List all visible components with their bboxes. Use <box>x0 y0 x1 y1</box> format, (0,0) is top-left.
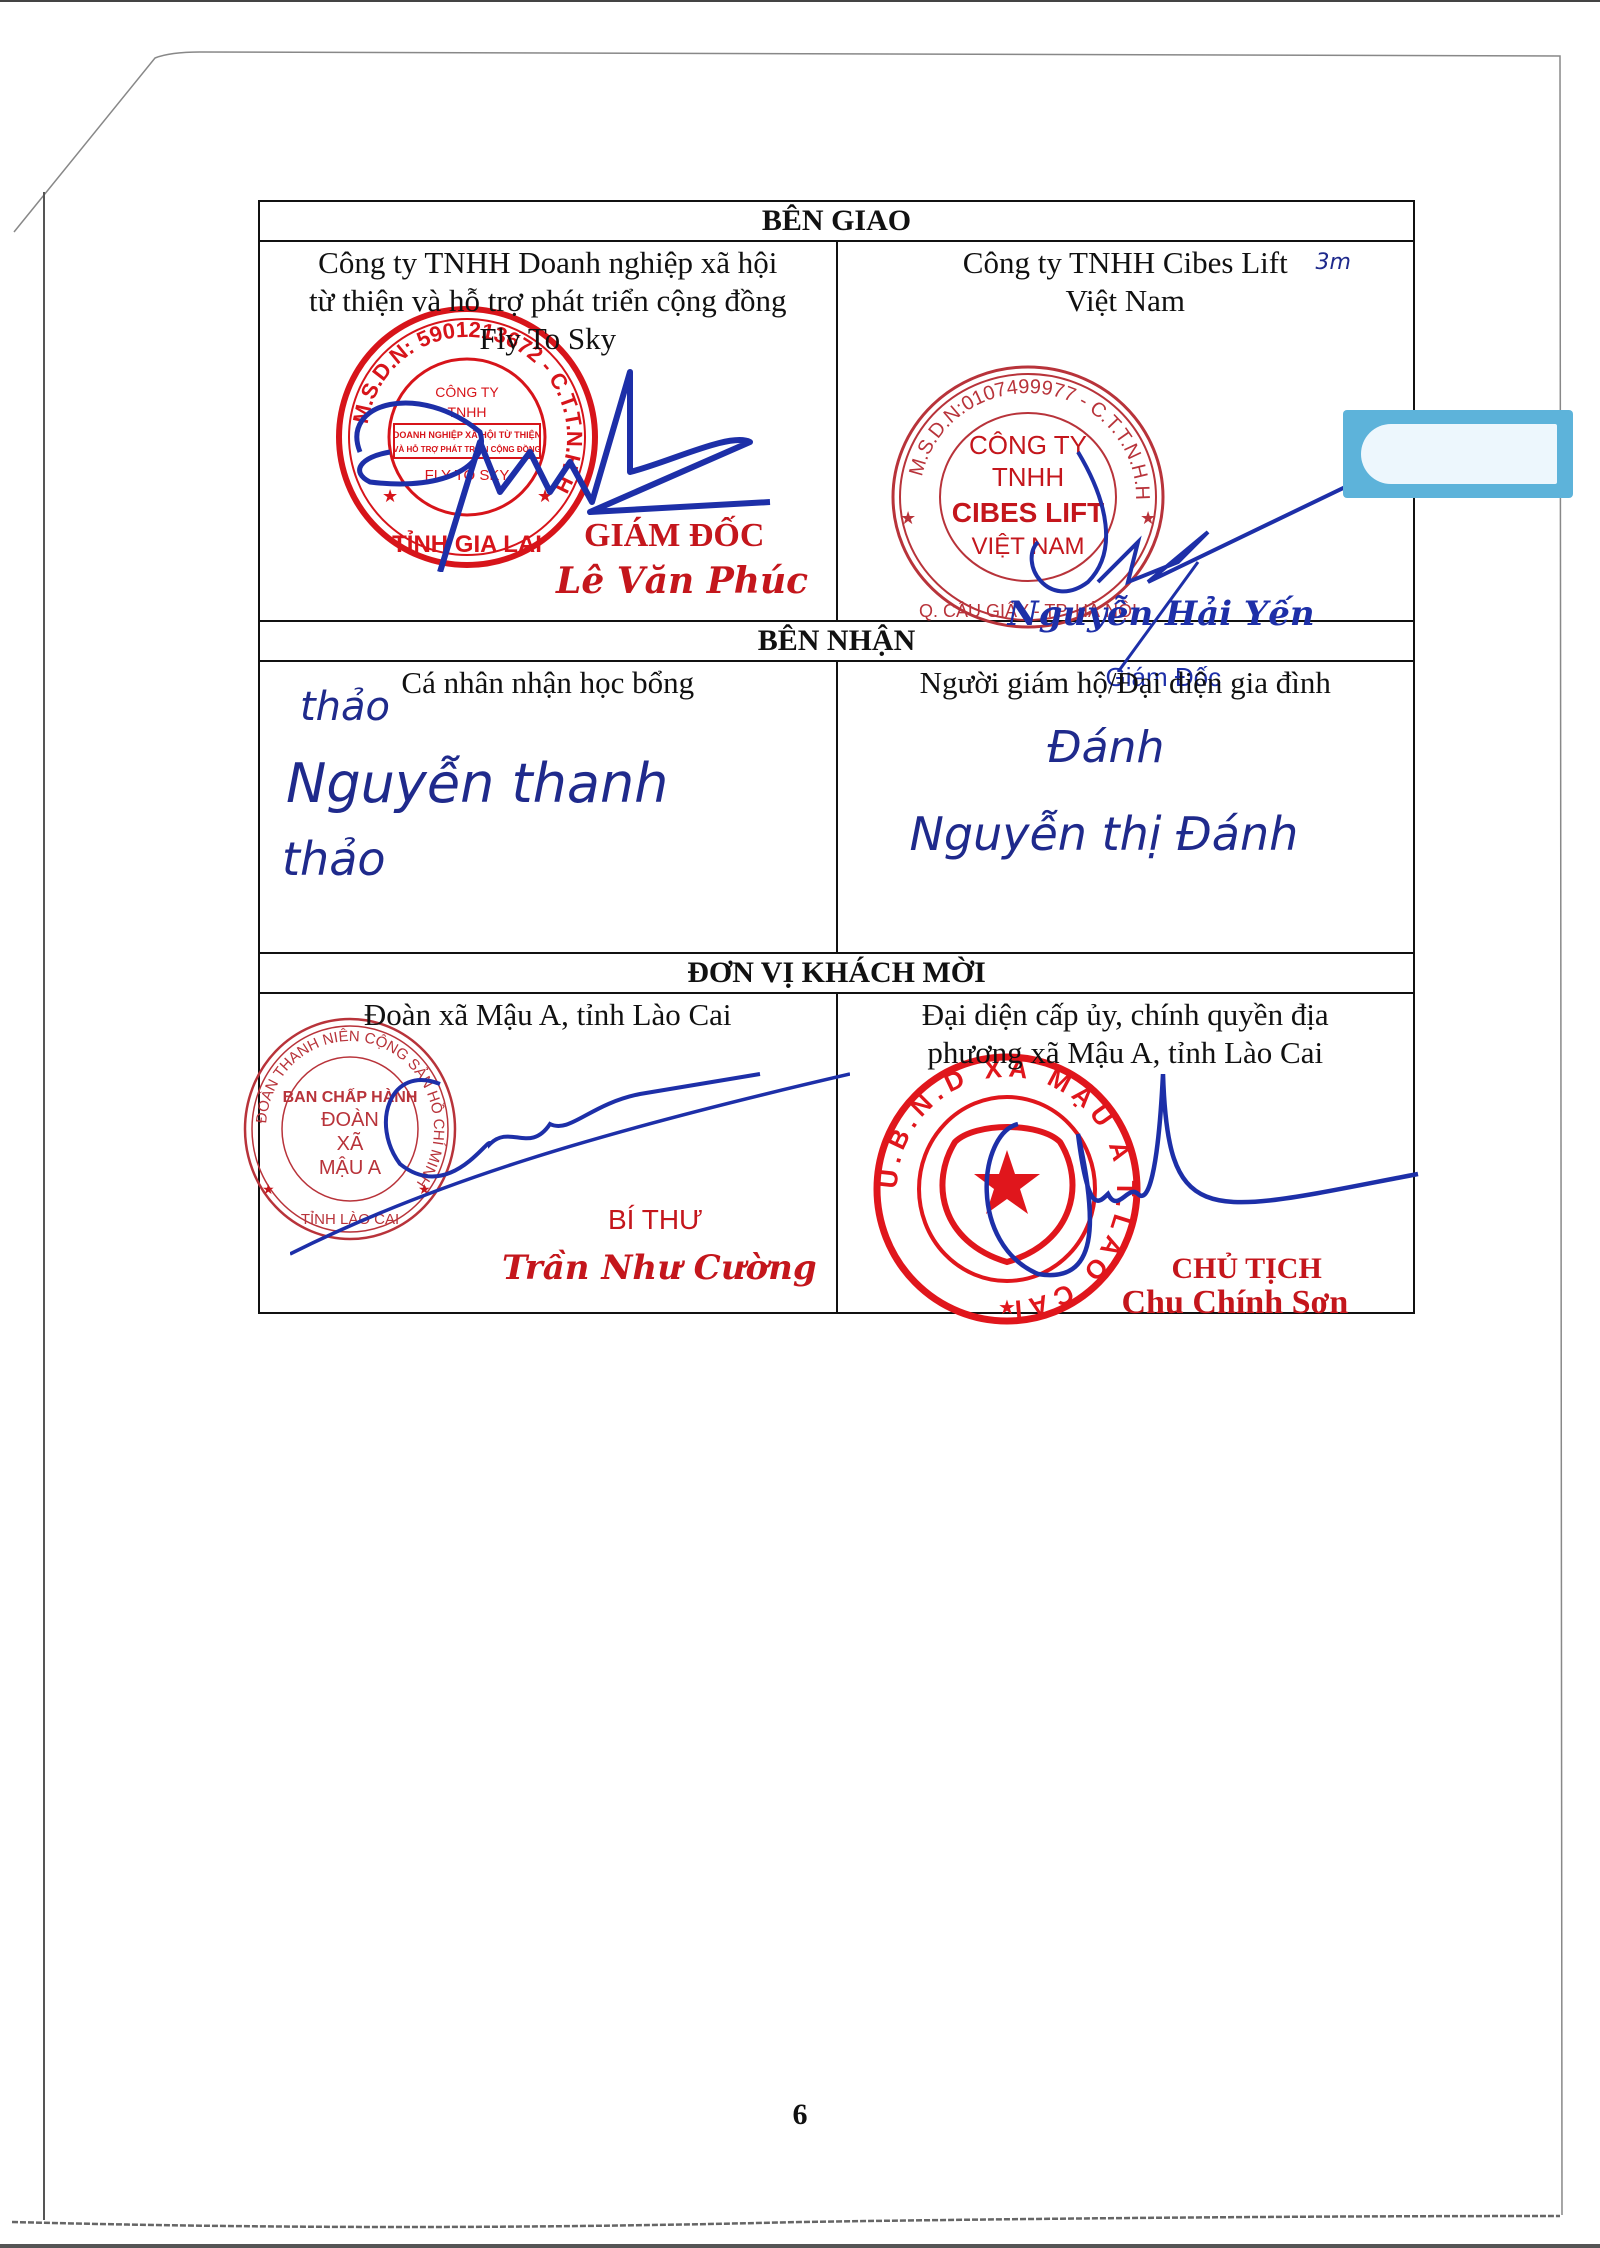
section-header-don-vi-khach-moi: ĐƠN VỊ KHÁCH MỜI <box>259 953 1414 993</box>
cell-title: Đại diện cấp ủy, chính quyền địa phương … <box>838 994 1414 1072</box>
svg-text:★: ★ <box>998 1297 1016 1319</box>
cell-youth-union: Đoàn xã Mậu A, tỉnh Lào Cai ĐOÀN THANH N… <box>259 993 837 1313</box>
signer-name: Lê Văn Phúc <box>556 560 808 602</box>
cell-guardian: Người giám hộ/Đại diện gia đình Đánh Ngu… <box>837 661 1415 953</box>
org-name: Công ty TNHH Doanh nghiệp xã hội từ thiệ… <box>260 242 836 358</box>
signer-name: Trần Như Cường <box>502 1248 817 1288</box>
org-name: Công ty TNHH Cibes Lift Việt Nam <box>838 242 1414 320</box>
signature-table: BÊN GIAO Công ty TNHH Doanh nghiệp xã hộ… <box>258 200 1415 1314</box>
scan-edge-top <box>0 0 1600 2</box>
signer-name: Nguyễn Hải Yến <box>1008 594 1315 634</box>
signer-role: CHỦ TỊCH <box>1172 1252 1322 1286</box>
cell-title: Người giám hộ/Đại diện gia đình <box>838 662 1414 702</box>
cell-scholarship-recipient: Cá nhân nhận học bổng thảo Nguyễn thanh … <box>259 661 837 953</box>
blue-sticky-tab <box>1343 410 1573 498</box>
org-name-line: Công ty TNHH Doanh nghiệp xã hội <box>260 244 836 282</box>
cell-title-line: Đại diện cấp ủy, chính quyền địa <box>838 996 1414 1034</box>
org-name-line: Fly To Sky <box>260 320 836 358</box>
handwritten-line: thảo <box>282 832 386 886</box>
page-number: 6 <box>0 2098 1600 2132</box>
cell-title: Đoàn xã Mậu A, tỉnh Lào Cai <box>260 994 836 1034</box>
cell-giver-fly-to-sky: Công ty TNHH Doanh nghiệp xã hội từ thiệ… <box>259 241 837 621</box>
org-name-line: từ thiện và hỗ trợ phát triển cộng đồng <box>260 282 836 320</box>
handwritten-line: Đánh <box>1048 722 1165 773</box>
signature-tran-nhu-cuong <box>290 1064 850 1264</box>
org-name-line: Công ty TNHH Cibes Lift <box>838 244 1414 282</box>
signer-role: BÍ THƯ <box>608 1204 703 1236</box>
handwritten-line: Nguyễn thanh <box>286 752 668 815</box>
scan-edge-bottom <box>0 2244 1600 2248</box>
cell-giver-cibes-lift: Công ty TNHH Cibes Lift Việt Nam 3m M.S.… <box>837 241 1415 621</box>
handwritten-line: Nguyễn thị Đánh <box>910 807 1299 861</box>
svg-text:★: ★ <box>900 508 916 528</box>
cell-title: Cá nhân nhận học bổng <box>260 662 836 702</box>
signer-name: Chu Chính Sơn <box>1122 1284 1349 1322</box>
org-name-line: Việt Nam <box>838 282 1414 320</box>
cell-local-authority: Đại diện cấp ủy, chính quyền địa phương … <box>837 993 1415 1313</box>
section-header-ben-giao: BÊN GIAO <box>259 201 1414 241</box>
cell-title-line: phương xã Mậu A, tỉnh Lào Cai <box>838 1034 1414 1072</box>
signer-role: GIÁM ĐỐC <box>584 517 764 555</box>
svg-text:★: ★ <box>262 1183 275 1198</box>
